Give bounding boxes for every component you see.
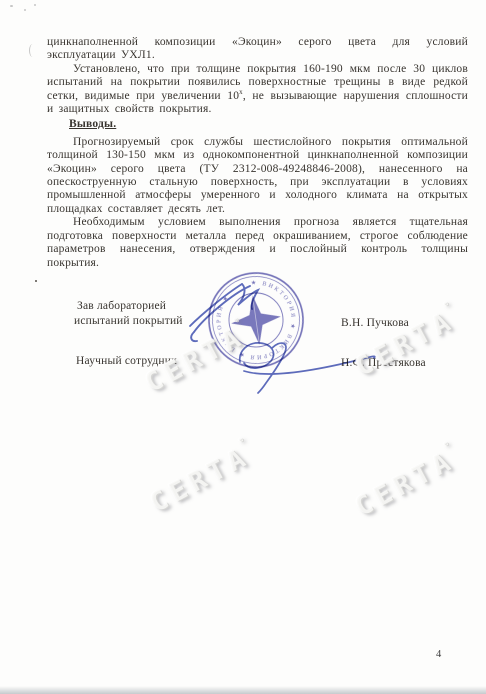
scan-speck — [10, 5, 13, 7]
paragraph-ustanovleno: Установлено, что при толщине покрытия 16… — [47, 63, 468, 117]
handwritten-signatures — [150, 262, 390, 402]
scan-speck — [24, 9, 26, 11]
scan-edge-mark — [29, 44, 35, 57]
signature-prestyakova-strokes — [240, 343, 375, 393]
scan-speck — [34, 4, 36, 6]
page-number: 4 — [436, 649, 441, 660]
scanned-document-page: цинкнаполненной композиции «Экоцин» серо… — [0, 0, 486, 694]
certa-watermark: CERTA° — [143, 435, 258, 518]
conclusions-heading: Выводы. — [47, 118, 468, 131]
document-body-text: цинкнаполненной композиции «Экоцин» серо… — [47, 36, 468, 270]
paragraph-forecast: Прогнозируемый срок службы шестислойного… — [47, 136, 468, 216]
paragraph-intro: цинкнаполненной композиции «Экоцин» серо… — [47, 36, 468, 63]
stray-ink-dot — [35, 280, 37, 282]
bottom-scan-shadow — [0, 686, 486, 694]
signature-puchkova-strokes — [190, 284, 258, 341]
certa-watermark: CERTA° — [348, 439, 463, 522]
